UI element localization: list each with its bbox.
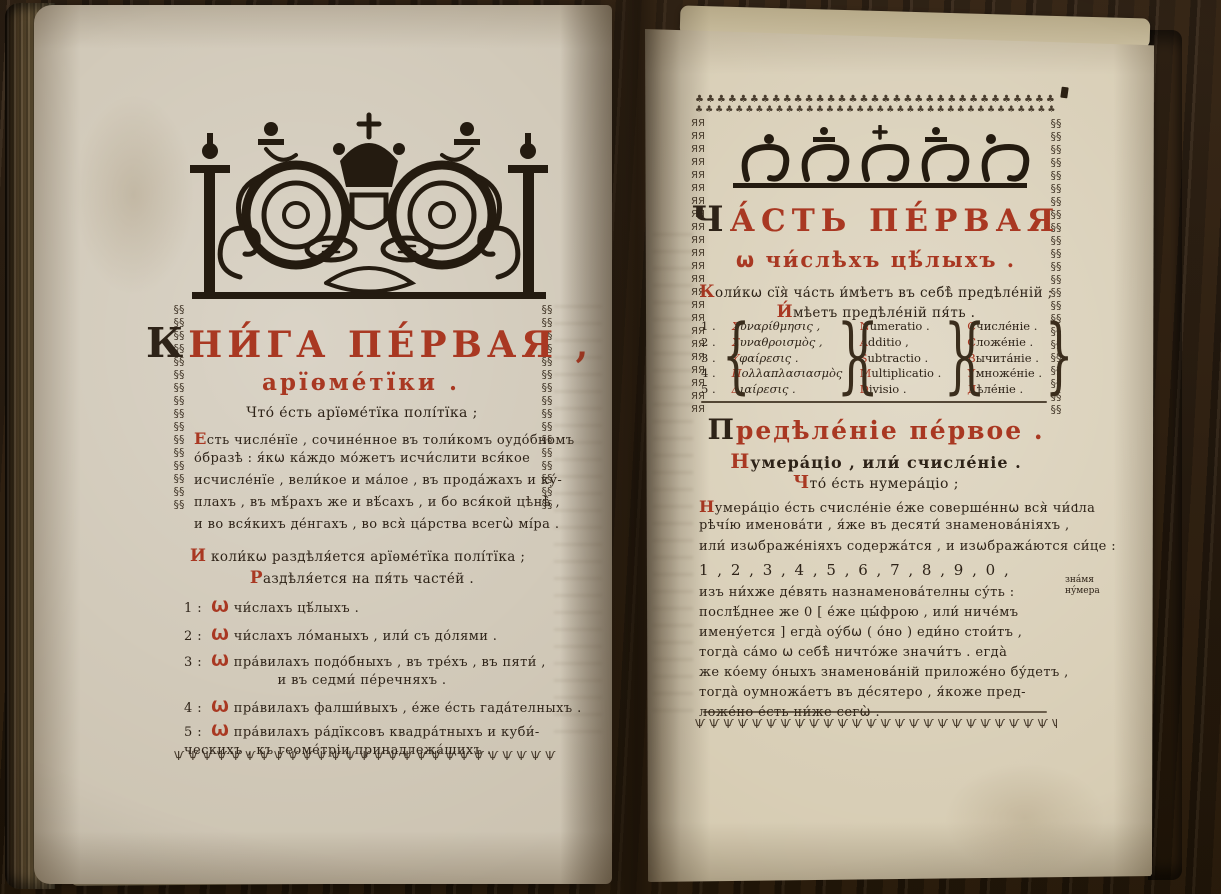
definition-subheading: Нумера́ціо , или́ счисле́ніе . [681,449,1071,473]
drop-cap: Н [699,497,715,516]
left-page: §§§§§§§§§§§§§§§§§§§§§§§§§§§§§§§§ §§§§§§§… [34,5,612,884]
list-item-continuation: и въ седми́ пе́речняхъ . [184,673,540,688]
folio-number: 1 [1073,503,1080,514]
question-text: то́ е́сть нумера́ціо ; [810,476,959,492]
drop-cap: И [190,545,206,565]
item-number: 2 : [184,629,202,644]
part-title: ЧА́СТЬ ПЕ́РВАЯ [681,199,1071,240]
row-number: 1 . [701,319,719,334]
row-number: 4 . [701,366,719,381]
item-text: чи́слахъ ло́маныхъ , или́ съ до́лями . [229,629,497,644]
title-text: А́СТЬ ПЕ́РВАЯ [730,203,1060,239]
ornament-border-top-row2: ♣♣♣♣♣♣♣♣♣♣♣♣♣♣♣♣♣♣♣♣♣♣♣♣♣♣♣♣♣♣♣♣♣♣♣♣♣♣♣♣… [695,105,1057,115]
drop-cap: Н [730,449,750,473]
item-text: чи́слахъ цѣ́лыхъ . [229,601,359,616]
woodcut-headpiece-band [729,125,1031,191]
operations-table: 1 . 2 . 3 . 4 . 5 . { Συναρίθμησις , Συν… [701,319,1055,397]
list-item: 3 : Ѡ пра́вилахъ подо́бныхъ , въ тре́хъ … [184,651,546,670]
omega-initial: Ѡ [211,625,229,644]
question-text: оли́кѡ сїя̀ ча́сть и́мѣетъ въ себѣ̀ пред… [715,285,1053,301]
drop-cap: Ч [793,473,809,493]
heading-initial: П [707,413,735,446]
horizontal-rule [703,711,1047,713]
paragraph-line: и во вся́кихъ де́нгахъ , во вся̀ ца́рств… [194,517,559,532]
drop-cap: Р [250,567,263,587]
item-text: пра́вилахъ подо́бныхъ , въ тре́хъ , въ п… [229,655,546,670]
book-subtitle: арїѳме́тїки . [146,369,576,396]
question-line: Коли́кѡ сїя̀ ча́сть и́мѣетъ въ себѣ̀ пре… [681,281,1071,301]
paper-stain [945,763,1105,873]
right-page: ♣♣♣♣♣♣♣♣♣♣♣♣♣♣♣♣♣♣♣♣♣♣♣♣♣♣♣♣♣♣♣♣♣♣♣♣♣♣♣♣… [645,23,1154,882]
term-text: umeratio . [870,319,930,333]
signature-mark [1060,87,1068,99]
digits-row: 1 , 2 , 3 , 4 , 5 , 6 , 7 , 8 , 9 , 0 , [699,561,1011,579]
margin-note-line: зна́мя [1065,575,1100,586]
definition-heading: Предѣле́ніе пе́рвое . [681,413,1071,446]
brace-open: { [957,319,964,397]
book-title: КНИ́ГА ПЕ́РВАЯ , [146,319,576,367]
paragraph-line: изъ ни́хже де́вять назнаменова́телны су́… [699,585,1015,600]
title-initial: Ч [692,199,730,240]
paragraph-line: же ко́ему о́ныхъ знаменова́ній приложе́н… [699,665,1069,680]
row-number: 3 . [701,351,719,366]
term-text: υναθροισμὸς , [740,335,823,349]
row-number: 5 . [701,382,719,397]
question-line: Что́ е́сть арїѳме́тїка полі́тїка ; [184,405,540,421]
term-text: ολλαπλασιασμὸς [742,366,843,380]
title-initial: К [146,319,188,367]
paragraph-text: умера́ціо е́сть счисле́ніе е́же соверше́… [715,501,1096,516]
paragraph-line: Нумера́ціо е́сть счисле́ніе е́же соверше… [699,497,1095,516]
answer-text: аздѣля́ется на пя́ть часте́й . [263,571,474,587]
item-number: 3 : [184,655,202,670]
paragraph-line: о́бразѣ : я́кѡ ка́ждо мо́жетъ исчи́слити… [194,451,530,466]
brace-close: } [944,319,951,397]
drop-cap: К [699,281,715,301]
brace-open: { [850,319,857,397]
brace-close: } [1045,319,1052,397]
paragraph-line: тогда̀ оумножа́етъ въ де́сятеро , я́коже… [699,685,1026,700]
list-item: 1 : Ѡ чи́слахъ цѣ́лыхъ . [184,597,359,616]
item-number: 1 : [184,601,202,616]
horizontal-rule [701,401,1047,403]
margin-note: зна́мя ну́мера [1065,575,1100,597]
brace-close: } [837,319,844,397]
omega-initial: Ѡ [211,721,229,740]
omega-initial: Ѡ [211,597,229,616]
item-number: 5 : [184,725,202,740]
item-text: пра́вилахъ фалши́выхъ , е́же е́сть гада́… [229,701,581,716]
brace-open: { [722,319,729,397]
subheading-text: умера́ціо , или́ счисле́ніе . [750,453,1021,472]
list-item: 2 : Ѡ чи́слахъ ло́маныхъ , или́ съ до́ля… [184,625,497,644]
term-text: ultiplicatio . [871,366,941,380]
list-item: 5 : Ѡ пра́вилахъ ра́дїксовъ квадра́тныхъ… [184,721,540,740]
paragraph-line: плахъ , въ мѣ́рахъ же и вѣ́сахъ , и бо в… [194,495,560,510]
title-text: НИ́ГА ПЕ́РВАЯ , [188,324,593,366]
margin-note-line: ну́мера [1065,586,1100,597]
table-row-numbers: 1 . 2 . 3 . 4 . 5 . [701,319,719,397]
row-number: 2 . [701,335,719,350]
omega-initial: Ѡ [211,651,229,670]
term-text: υναρίθμησις , [740,319,820,333]
paragraph-line: имену́ется ] егда̀ оу́бѡ ( о́но ) еди́но… [699,625,1022,640]
list-item: 4 : Ѡ пра́вилахъ фалши́выхъ , е́же е́сть… [184,697,582,716]
paragraph-line: Есть числе́нїе , сочине́нное въ толи́ком… [194,429,575,448]
heading-text: редѣле́ніе пе́рвое . [736,416,1045,445]
drop-cap: И́ [777,301,793,321]
answer-line: Раздѣля́ется на пя́ть часте́й . [184,567,540,587]
woodcut-headpiece-large [176,109,562,305]
paragraph-line: послѣ́днее же 0 [ е́же цы́фрою , или́ ни… [699,605,1018,620]
paragraph-text: сть числе́нїе , сочине́нное въ толи́комъ… [207,433,575,448]
paragraph-line: тогда̀ са́мо ѡ себѣ̀ ничто́же значи́тъ .… [699,645,1007,660]
question-text: коли́кѡ раздѣля́ется арїѳме́тїка полі́тї… [206,549,525,565]
question-line: И коли́кѡ раздѣля́ется арїѳме́тїка полі́… [190,545,525,565]
open-book-photo: §§§§§§§§§§§§§§§§§§§§§§§§§§§§§§§§ §§§§§§§… [0,0,1221,894]
paragraph-line: исчисле́нїе , вели́кое и ма́лое , въ про… [194,473,562,488]
omega-initial: Ѡ [211,697,229,716]
item-number: 4 : [184,701,202,716]
item-text: пра́вилахъ ра́дїксовъ квадра́тныхъ и куб… [229,725,539,740]
question-line: Что́ е́сть нумера́ціо ; [681,473,1071,493]
list-item-continuation: ческихъ , къ геоме́тріи принадлежа́щихъ … [184,743,491,758]
paragraph-line: или́ изѡбраже́ніяхъ содержа́тся , и изѡб… [699,539,1116,554]
term-text: множе́ніе . [976,366,1042,380]
paragraph-line: рѣчі́ю именова́ти , я́же въ десяти́ знам… [699,518,1070,533]
part-subtitle: ѡ чи́слѣхъ цѣ́лыхъ . [681,247,1071,272]
drop-cap: Е [194,429,207,448]
